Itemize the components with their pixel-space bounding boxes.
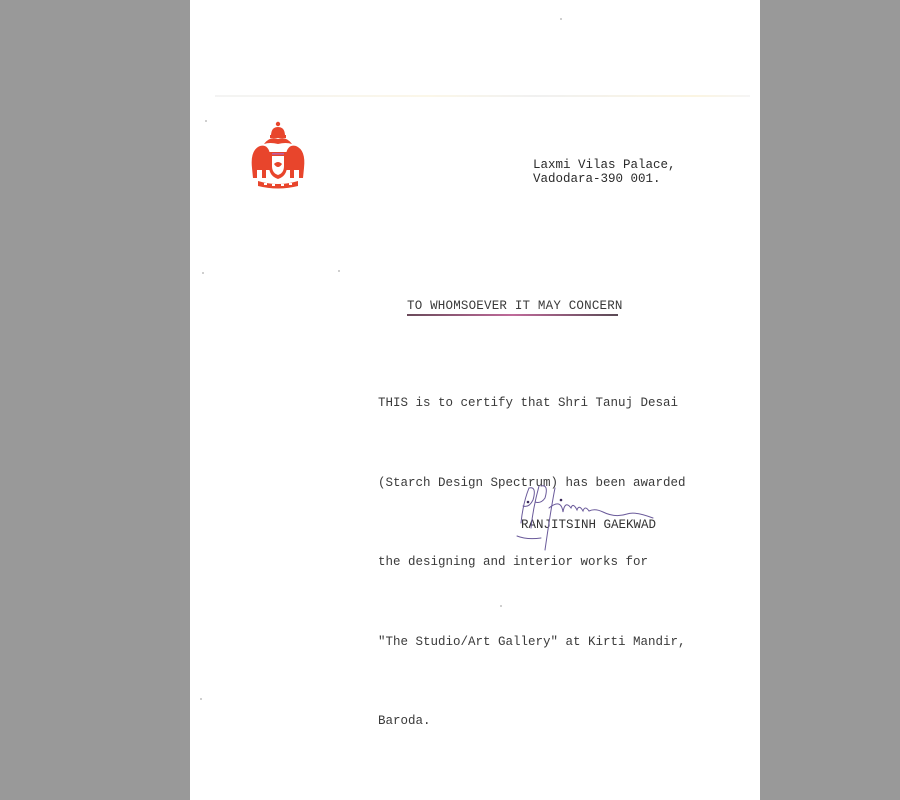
address-line-2: Vadodara-390 001.: [533, 172, 676, 186]
paper-speck: [560, 18, 562, 20]
heading-underline: [407, 314, 618, 316]
royal-crest-icon: [250, 120, 306, 190]
handwritten-signature-icon: [515, 478, 675, 553]
body-line: "The Studio/Art Gallery" at Kirti Mandir…: [378, 629, 686, 656]
letter-body: THIS is to certify that Shri Tanuj Desai…: [378, 337, 686, 788]
paper-speck: [500, 605, 502, 607]
sender-address: Laxmi Vilas Palace,Vadodara-390 001.: [533, 158, 676, 186]
body-line: Baroda.: [378, 708, 686, 735]
paper-speck: [200, 698, 202, 700]
paper-fold-line: [215, 95, 750, 97]
paper-speck: [205, 120, 207, 122]
letter-heading: TO WHOMSOEVER IT MAY CONCERN: [407, 299, 623, 313]
letter-page: Laxmi Vilas Palace,Vadodara-390 001. TO …: [190, 0, 760, 800]
paper-speck: [338, 270, 340, 272]
address-line-1: Laxmi Vilas Palace,: [533, 158, 676, 172]
body-line: THIS is to certify that Shri Tanuj Desai: [378, 390, 686, 417]
paper-speck: [202, 272, 204, 274]
